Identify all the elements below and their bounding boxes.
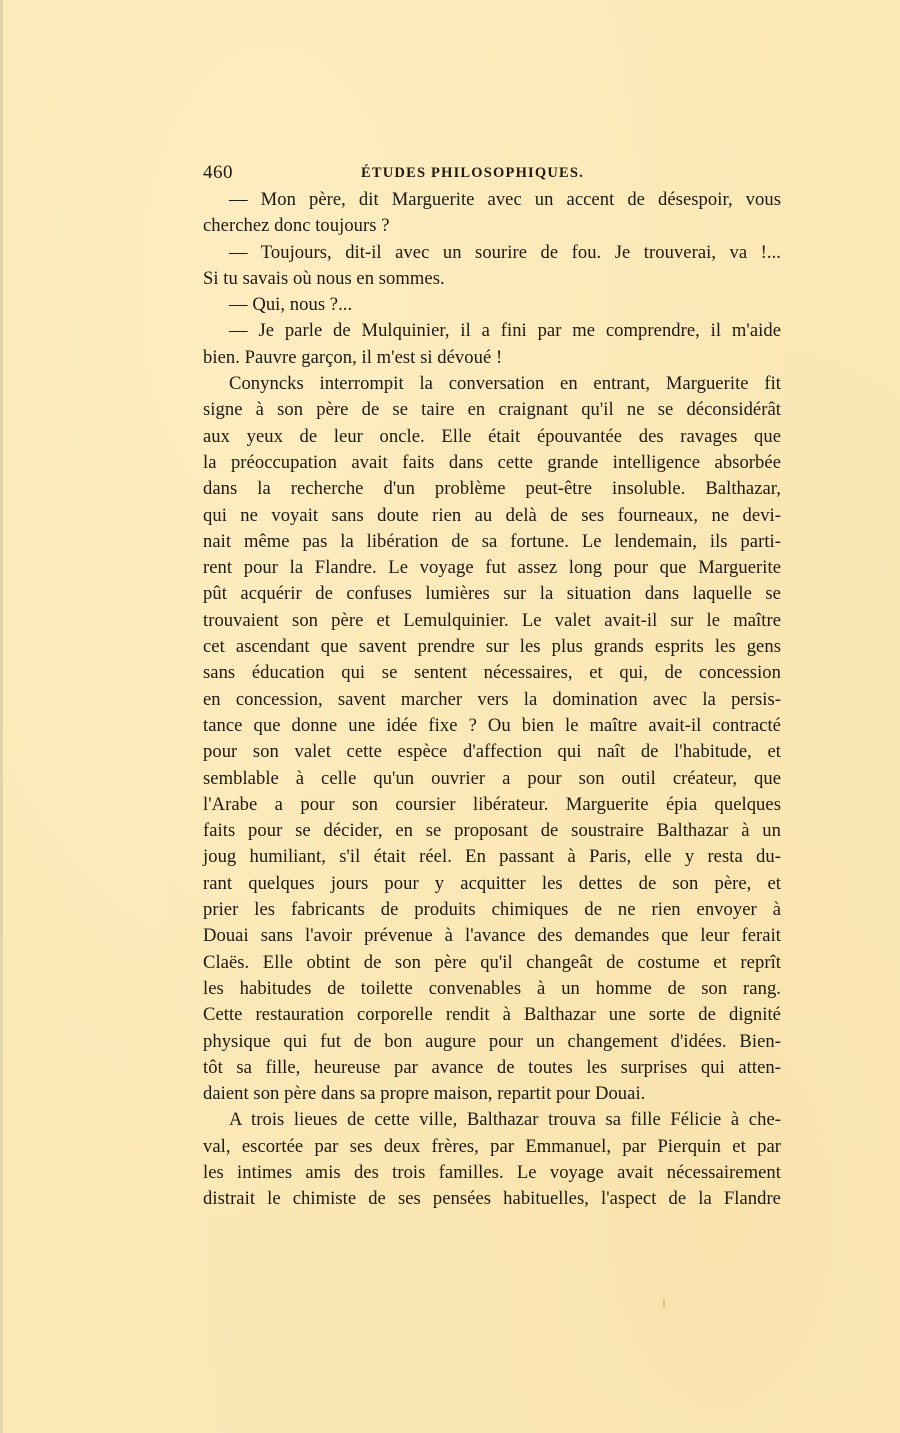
text-line: prier les fabricants de produits chimiqu… bbox=[203, 897, 781, 923]
text-line: val, escortée par ses deux frères, par E… bbox=[203, 1134, 781, 1160]
text-line: Claës. Elle obtint de son père qu'il cha… bbox=[203, 950, 781, 976]
text-line: rent pour la Flandre. Le voyage fut asse… bbox=[203, 555, 781, 581]
text-line: trouvaient son père et Lemulquinier. Le … bbox=[203, 608, 781, 634]
text-line: — Toujours, dit-il avec un sourire de fo… bbox=[203, 240, 781, 266]
text-line: en concession, savent marcher vers la do… bbox=[203, 687, 781, 713]
text-line: signe à son père de se taire en craignan… bbox=[203, 397, 781, 423]
text-line: les intimes amis des trois familles. Le … bbox=[203, 1160, 781, 1186]
text-line: semblable à celle qu'un ouvrier a pour s… bbox=[203, 766, 781, 792]
text-line: aux yeux de leur oncle. Elle était épouv… bbox=[203, 424, 781, 450]
text-block: 460 ÉTUDES PHILOSOPHIQUES. — Mon père, d… bbox=[203, 160, 781, 1213]
text-line: — Qui, nous ?... bbox=[203, 292, 781, 318]
text-line: rant quelques jours pour y acquitter les… bbox=[203, 871, 781, 897]
text-line: Si tu savais où nous en sommes. bbox=[203, 266, 781, 292]
text-line: A trois lieues de cette ville, Balthazar… bbox=[203, 1107, 781, 1133]
scanned-book-page: 460 ÉTUDES PHILOSOPHIQUES. — Mon père, d… bbox=[0, 0, 900, 1433]
text-line: — Je parle de Mulquinier, il a fini par … bbox=[203, 318, 781, 344]
text-line: Conyncks interrompit la conversation en … bbox=[203, 371, 781, 397]
text-line: tôt sa fille, heureuse par avance de tou… bbox=[203, 1055, 781, 1081]
text-line: daient son père dans sa propre maison, r… bbox=[203, 1081, 781, 1107]
text-line: la préoccupation avait faits dans cette … bbox=[203, 450, 781, 476]
text-line: pour son valet cette espèce d'affection … bbox=[203, 739, 781, 765]
text-line: — Mon père, dit Marguerite avec un accen… bbox=[203, 187, 781, 213]
text-line: sans éducation qui se sentent nécessaire… bbox=[203, 660, 781, 686]
text-line: nait même pas la libération de sa fortun… bbox=[203, 529, 781, 555]
text-line: cet ascendant que savent prendre sur les… bbox=[203, 634, 781, 660]
text-line: dans la recherche d'un problème peut-êtr… bbox=[203, 476, 781, 502]
text-line: joug humiliant, s'il était réel. En pass… bbox=[203, 844, 781, 870]
text-line: qui ne voyait sans doute rien au delà de… bbox=[203, 503, 781, 529]
page-number: 460 bbox=[203, 160, 233, 186]
paper-speck bbox=[663, 1298, 665, 1308]
text-line: cherchez donc toujours ? bbox=[203, 213, 781, 239]
text-line: tance que donne une idée fixe ? Ou bien … bbox=[203, 713, 781, 739]
text-line: l'Arabe a pour son coursier libérateur. … bbox=[203, 792, 781, 818]
running-head-title: ÉTUDES PHILOSOPHIQUES. bbox=[361, 160, 584, 186]
text-line: distrait le chimiste de ses pensées habi… bbox=[203, 1186, 781, 1212]
text-line: bien. Pauvre garçon, il m'est si dévoué … bbox=[203, 345, 781, 371]
text-line: faits pour se décider, en se proposant d… bbox=[203, 818, 781, 844]
text-line: pût acquérir de confuses lumières sur la… bbox=[203, 581, 781, 607]
text-line: Cette restauration corporelle rendit à B… bbox=[203, 1002, 781, 1028]
running-head: 460 ÉTUDES PHILOSOPHIQUES. bbox=[203, 160, 781, 186]
text-line: les habitudes de toilette convenables à … bbox=[203, 976, 781, 1002]
text-line: Douai sans l'avoir prévenue à l'avance d… bbox=[203, 923, 781, 949]
body-text: — Mon père, dit Marguerite avec un accen… bbox=[203, 187, 781, 1213]
text-line: physique qui fut de bon augure pour un c… bbox=[203, 1029, 781, 1055]
